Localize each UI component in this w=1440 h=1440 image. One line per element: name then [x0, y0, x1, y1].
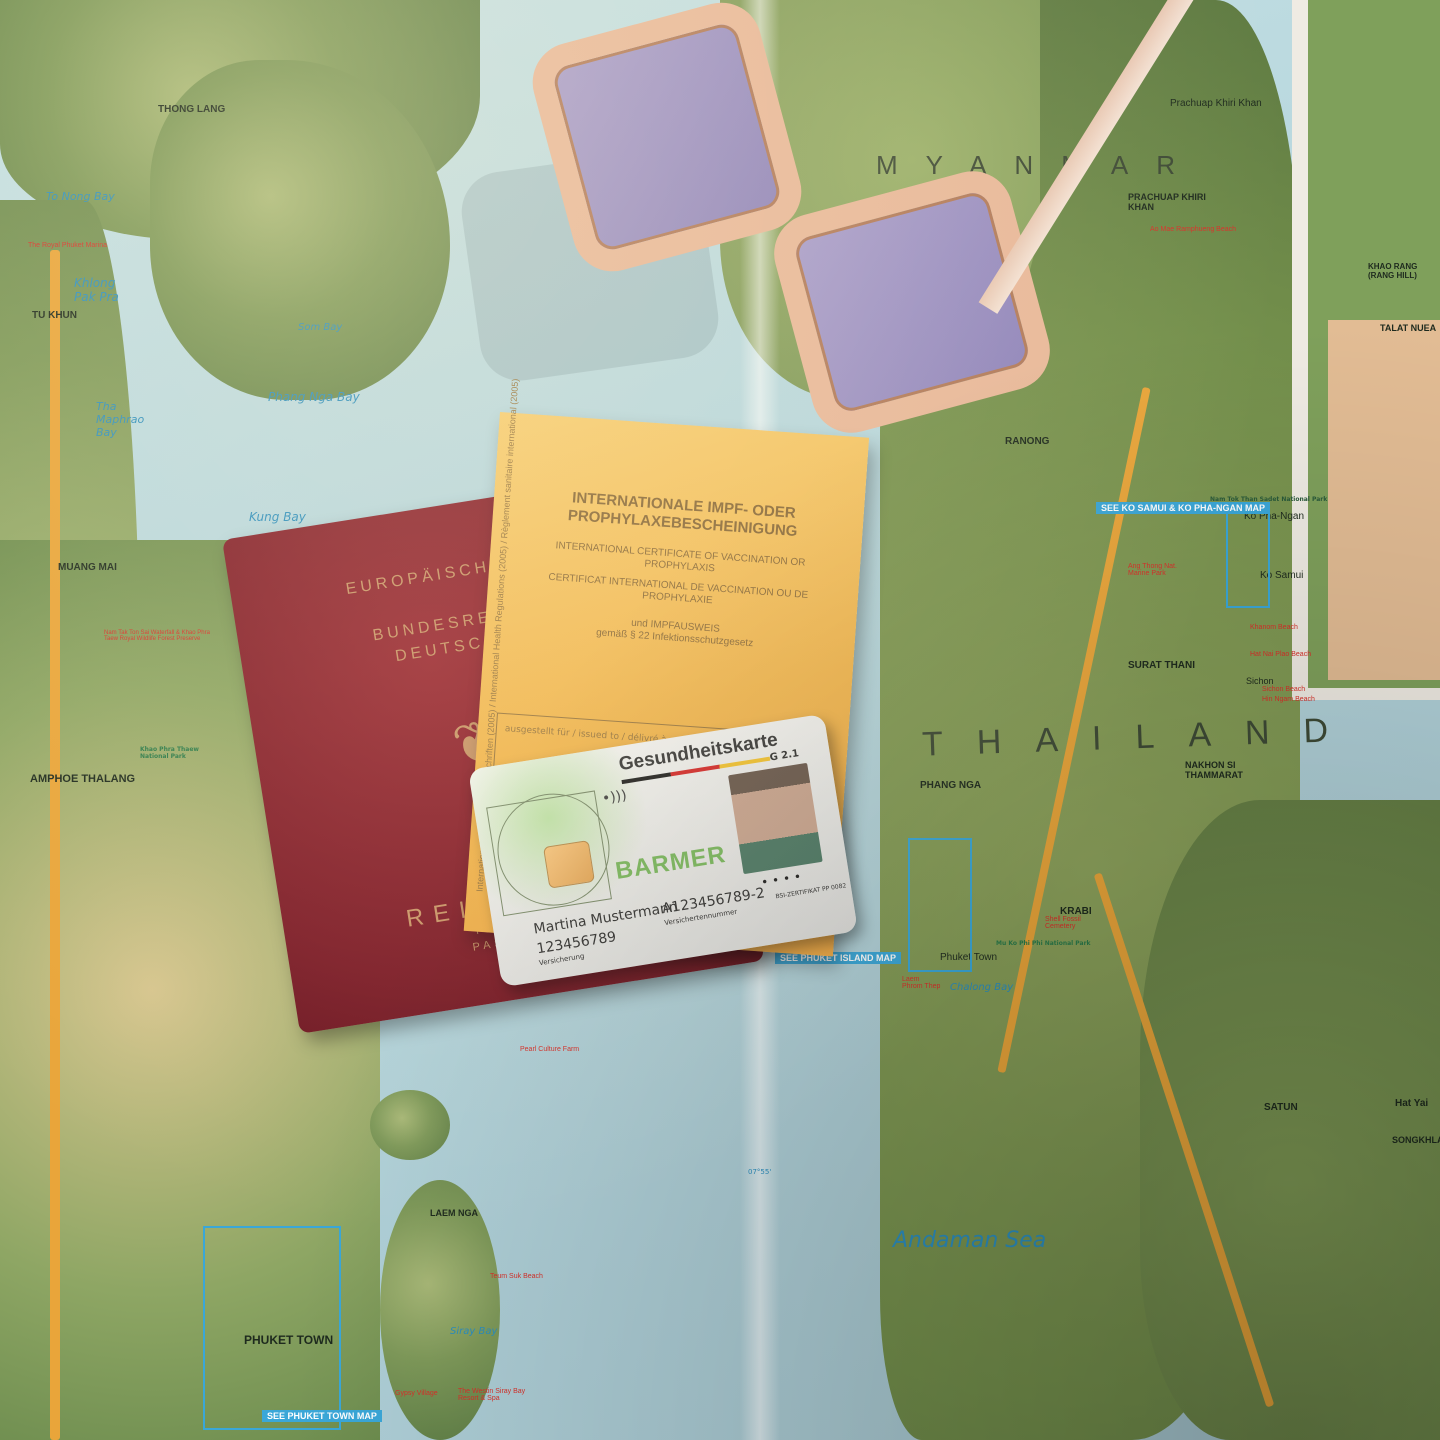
label-nakhon-si-thammarat: NAKHON SI THAMMARAT	[1185, 760, 1275, 780]
booklet-title: INTERNATIONALE IMPF- ODER PROPHYLAXEBESC…	[532, 487, 834, 544]
map-ref-ko-samui: SEE KO SAMUI & KO PHA-NGAN MAP	[1096, 502, 1270, 514]
braille-dots-icon: ••••	[760, 869, 806, 890]
poi-teum-suk-beach: Teum Suk Beach	[490, 1273, 543, 1280]
sunglasses-left-lens	[524, 0, 811, 280]
poi-khanom-beach: Khanom Beach	[1250, 624, 1298, 631]
label-satun: SATUN	[1264, 1102, 1298, 1113]
label-khao-rang: KHAO RANG (RANG HILL)	[1368, 262, 1438, 280]
map-road	[50, 250, 60, 1440]
label-siray-bay: Siray Bay	[450, 1326, 497, 1337]
label-tu-khun: TU KHUN	[32, 310, 77, 321]
poi-westin-siray: The Westin Siray Bay Resort & Spa	[458, 1388, 538, 1402]
label-muang-mai: MUANG MAI	[58, 562, 117, 573]
label-thong-lang: THONG LANG	[158, 104, 225, 115]
poi-pearl-culture-farm: Pearl Culture Farm	[520, 1046, 579, 1053]
inset-town-area	[1328, 320, 1440, 680]
poi-hat-nai-plao: Hat Nai Plao Beach	[1250, 651, 1311, 658]
label-som-bay: Som Bay	[298, 322, 342, 333]
label-lat-coordinate: 07°55'	[748, 1168, 771, 1176]
label-phang-nga: PHANG NGA	[920, 780, 981, 791]
label-ranong: RANONG	[1005, 436, 1049, 447]
label-amphoe-thalang: AMPHOE THALANG	[30, 773, 135, 785]
label-khlong-pak-pra: Khlong Pak Pra	[74, 276, 134, 304]
label-to-nong-bay: To Nong Bay	[46, 190, 115, 203]
label-surat-thani: SURAT THANI	[1128, 660, 1195, 671]
map-inset-phuket-town	[1292, 0, 1440, 700]
sunglasses-right-lens	[765, 162, 1059, 442]
map-land-maphrao	[370, 1090, 450, 1160]
label-laem-nga: LAEM NGA	[430, 1208, 478, 1218]
poi-hin-ngam-beach: Hin Ngam Beach	[1262, 696, 1315, 703]
poi-sichon-beach: Sichon Beach	[1262, 686, 1305, 693]
sunglasses	[520, 0, 1220, 410]
poi-shell-fossil: Shell Fossil Cemetery	[1045, 916, 1095, 930]
poi-khao-phra-thaew-np: Khao Phra Thaew National Park	[140, 746, 210, 760]
map-ref-box-phuket-island	[908, 838, 972, 972]
label-sichon: Sichon	[1246, 676, 1274, 686]
label-phang-nga-bay: Phang Nga Bay	[268, 390, 360, 404]
map-ref-phuket-town: SEE PHUKET TOWN MAP	[262, 1410, 382, 1422]
map-ref-box-ko-samui	[1226, 508, 1270, 608]
label-kung-bay: Kung Bay	[249, 510, 306, 524]
sunglasses-temple-arm	[979, 0, 1199, 314]
poi-ang-thong: Ang Thong Nat. Marine Park	[1128, 563, 1198, 577]
photo-scene: MYANMAR THAILAND Andaman Sea Phang Nga B…	[0, 0, 1440, 1440]
poi-royal-phuket-marina: The Royal Phuket Marina	[28, 242, 107, 249]
cardholder-photo	[728, 763, 823, 874]
label-talat-nuea: TALAT NUEA	[1380, 323, 1436, 333]
label-songkhla: SONGKHLA	[1392, 1135, 1440, 1145]
card-chip-icon	[543, 840, 595, 889]
map-land-peninsula-south	[1140, 800, 1440, 1440]
label-tha-maphrao-bay: Tha Maphrao Bay	[96, 400, 166, 439]
label-andaman-sea: Andaman Sea	[893, 1228, 1046, 1253]
map-ref-box-phuket-town	[203, 1226, 341, 1430]
poi-phi-phi-np: Mu Ko Phi Phi National Park	[996, 940, 1091, 947]
poi-gypsy-village: Gypsy Village	[395, 1390, 438, 1397]
label-hat-yai: Hat Yai	[1395, 1098, 1428, 1109]
poi-waterfall: Nam Tak Ton Sai Waterfall & Khao Phra Ta…	[104, 630, 214, 642]
poi-laem-phrom-thep: Laem Phrom Thep	[902, 976, 942, 990]
label-chalong-bay: Chalong Bay	[950, 982, 1013, 993]
